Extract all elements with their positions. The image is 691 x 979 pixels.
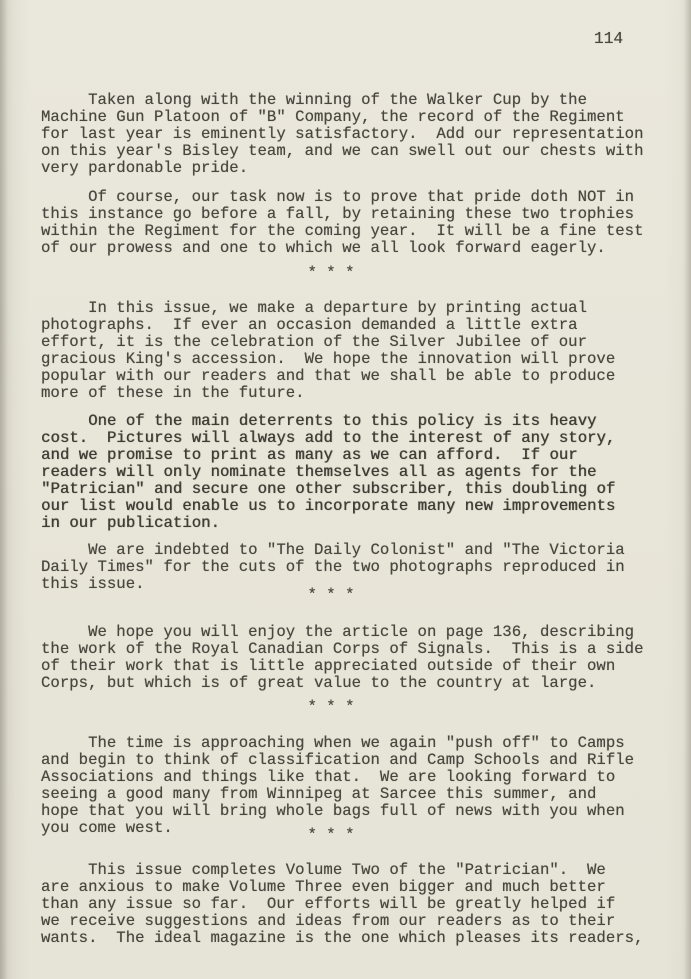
paragraph-photographs-jubilee: In this issue, we make a departure by pr… [41,300,656,402]
paragraph-policy-cost: One of the main deterrents to this polic… [41,413,656,532]
section-separator: * * * [41,265,621,282]
scanned-page: 114 Taken along with the winning of the … [0,0,691,979]
paragraph-walker-cup: Taken along with the winning of the Walk… [41,92,656,177]
paragraph-signals-article: We hope you will enjoy the article on pa… [41,624,656,692]
paragraph-camps-summer: The time is approaching when we again "p… [41,735,656,837]
section-separator: * * * [41,587,621,604]
paragraph-volume-two-complete: This issue completes Volume Two of the "… [41,862,656,947]
section-separator: * * * [41,699,621,716]
page-number: 114 [594,30,623,48]
section-separator: * * * [41,827,621,844]
paragraph-pride-trophies: Of course, our task now is to prove that… [41,189,656,257]
